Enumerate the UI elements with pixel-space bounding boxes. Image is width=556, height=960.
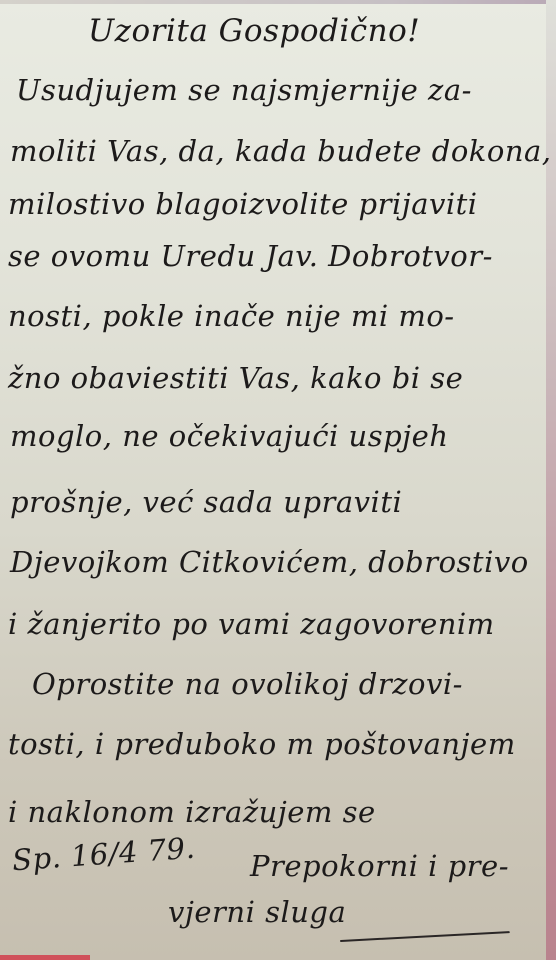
letter-line-3: milostivo blagoizvolite prijaviti xyxy=(8,190,478,219)
letter-line-2: moliti Vas, da, kada budete dokona, xyxy=(10,137,552,166)
closing-line-2: vjerni sluga xyxy=(168,898,346,927)
letter-page: Uzorita Gospodično! Usudjujem se najsmje… xyxy=(0,0,556,960)
letter-line-8: prošnje, već sada upraviti xyxy=(10,488,402,517)
letter-line-6: žno obaviestiti Vas, kako bi se xyxy=(8,364,463,393)
letter-line-11: Oprostite na ovolikoj drzovi- xyxy=(32,670,463,699)
letter-line-13: i naklonom izražujem se xyxy=(8,798,376,827)
letter-line-7: moglo, ne očekivajući uspjeh xyxy=(10,422,449,451)
paper-bottom-edge xyxy=(0,955,90,960)
letter-line-5: nosti, pokle inače nije mi mo- xyxy=(8,302,455,331)
paper-top-edge xyxy=(0,0,556,4)
signature-flourish xyxy=(340,931,510,942)
letter-line-9: Djevojkom Citkovićem, dobrostivo xyxy=(10,548,529,577)
letter-line-1: Usudjujem se najsmjernije za- xyxy=(16,76,472,105)
letter-line-4: se ovomu Uredu Jav. Dobrotvor- xyxy=(8,242,493,271)
letter-line-10: i žanjerito po vami zagovorenim xyxy=(8,610,495,639)
closing-line-1: Prepokorni i pre- xyxy=(250,852,509,881)
letter-date: Sp. 16/4 79. xyxy=(11,834,196,876)
letter-line-12: tosti, i preduboko m poštovanjem xyxy=(8,730,516,759)
salutation: Uzorita Gospodično! xyxy=(88,16,420,47)
